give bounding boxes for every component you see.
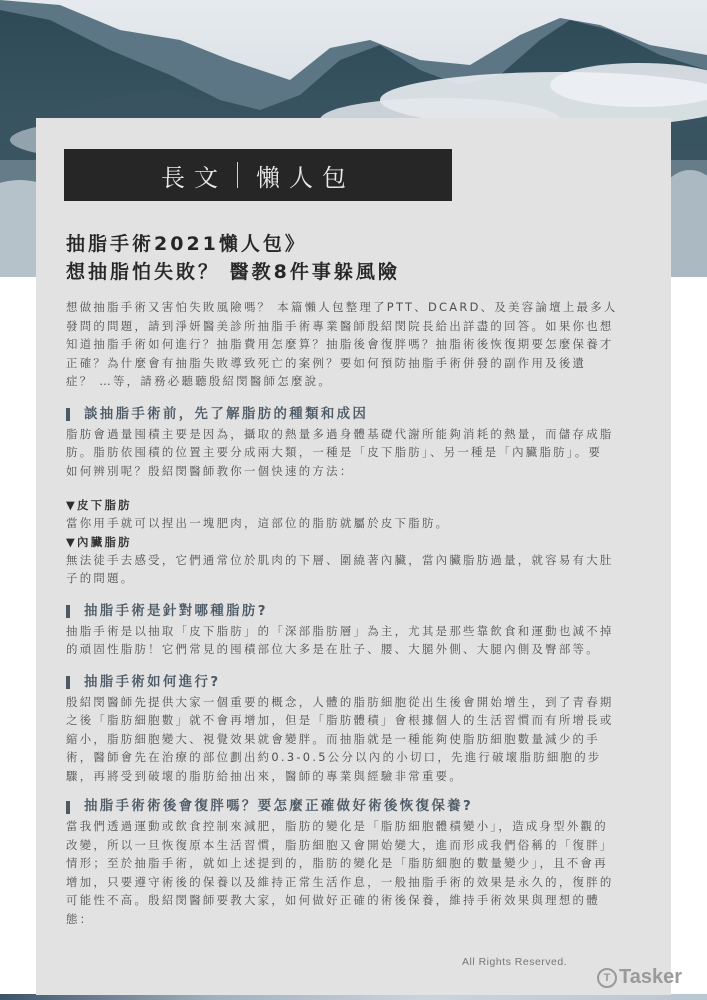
text-line: 術，醫師會先在治療的部位劃出約0.3-0.5公分以內的小切口，先進行破壞脂肪細胞… xyxy=(66,748,666,767)
text-line: 增加，只要遵守術後的保養以及維持正常生活作息，一般抽脂手術的效果是永久的，復胖的 xyxy=(66,873,666,892)
text-line: 想做抽脂手術又害怕失敗風險嗎？ 本篇懶人包整理了PTT、DCARD、及美容論壇上… xyxy=(66,298,666,317)
section-body: 當我們透過運動或飲食控制來減肥，脂肪的變化是「脂肪細胞體積變小」，造成身型外觀的… xyxy=(66,817,666,928)
heading-text: 抽脂手術術後會復胖嗎？要怎麼正確做好術後恢復保養? xyxy=(84,797,473,817)
article-title: 抽脂手術2021懶人包》 想抽脂怕失敗？ 醫教8件事躲風險 xyxy=(66,230,656,286)
copyright-notice: All Rights Reserved. xyxy=(462,956,567,968)
intro-paragraph: 想做抽脂手術又害怕失敗風險嗎？ 本篇懶人包整理了PTT、DCARD、及美容論壇上… xyxy=(66,298,666,391)
heading-bar-icon xyxy=(66,605,70,618)
badge-separator xyxy=(237,162,238,188)
text-line: 知道抽脂手術如何進行？抽脂費用怎麼算？抽脂後會復胖嗎？抽脂術後恢復期要怎麼保養才 xyxy=(66,335,666,354)
section-body: 脂肪會過量囤積主要是因為，攝取的熱量多過身體基礎代謝所能夠消耗的熱量，而儲存成脂… xyxy=(66,425,666,481)
text-line: 發問的問題，請到淨妍醫美診所抽脂手術專業醫師殷紹閔院長給出詳盡的回答。如果你也想 xyxy=(66,317,666,336)
text-line: 如何辨別呢？殷紹閔醫師教你一個快速的方法： xyxy=(66,462,666,481)
text-line: 情形；至於抽脂手術，就如上述提到的，脂肪的變化是「脂肪細胞的數量變少」，且不會再 xyxy=(66,854,666,873)
text-line: 無法徒手去感受，它們通常位於肌肉的下層、圍繞著內臟，當內臟脂肪過量，就容易有大肚 xyxy=(66,551,666,570)
watermark-brand: Tasker xyxy=(619,966,682,989)
text-line: 的頑固性脂肪！它們常見的囤積部位大多是在肚子、腰、大腿外側、大腿內側及臀部等。 xyxy=(66,640,666,659)
text-line: 驟，再將受到破壞的脂肪給抽出來，醫師的專業與經驗非常重要。 xyxy=(66,767,666,786)
text-line: 症？ …等，請務必聽聽殷紹閔醫師怎麼說。 xyxy=(66,372,666,391)
text-line: 殷紹閔醫師先提供大家一個重要的概念，人體的脂肪細胞從出生後會開始增生，到了青春期 xyxy=(66,693,666,712)
subsection-body: 無法徒手去感受，它們通常位於肌肉的下層、圍繞著內臟，當內臟脂肪過量，就容易有大肚… xyxy=(66,551,666,588)
text-line: 肪。脂肪依囤積的位置主要分成兩大類，一種是「皮下脂肪」、另一種是「內臟脂肪」。要 xyxy=(66,443,666,462)
text-line: 子的問題。 xyxy=(66,569,666,588)
text-line: 脂肪會過量囤積主要是因為，攝取的熱量多過身體基礎代謝所能夠消耗的熱量，而儲存成脂 xyxy=(66,425,666,444)
heading-bar-icon xyxy=(66,408,70,421)
text-line: 抽脂手術是以抽取「皮下脂肪」的「深部脂肪層」為主，尤其是那些靠飲食和運動也減不掉 xyxy=(66,622,666,641)
article-content: 想做抽脂手術又害怕失敗風險嗎？ 本篇懶人包整理了PTT、DCARD、及美容論壇上… xyxy=(66,298,666,928)
heading-bar-icon xyxy=(66,676,70,689)
section-body: 抽脂手術是以抽取「皮下脂肪」的「深部脂肪層」為主，尤其是那些靠飲食和運動也減不掉… xyxy=(66,622,666,659)
heading-text: 談抽脂手術前，先了解脂肪的種類和成因 xyxy=(84,405,368,425)
text-line: 縮小，脂肪細胞變大、視覺效果就會變胖。而抽脂就是一種能夠使脂肪細胞數量減少的手 xyxy=(66,730,666,749)
text-line: 可能性不高。殷紹閔醫師要教大家，如何做好正確的術後保養，維持手術效果與理想的體 xyxy=(66,891,666,910)
subheading-visceral-fat: ▼內臟脂肪 xyxy=(66,533,666,551)
badge-part1: 長文 xyxy=(161,158,227,193)
text-line: 當我們透過運動或飲食控制來減肥，脂肪的變化是「脂肪細胞體積變小」，造成身型外觀的 xyxy=(66,817,666,836)
section-heading-rebound-care: 抽脂手術術後會復胖嗎？要怎麼正確做好術後恢復保養? xyxy=(66,797,666,817)
text-line: 正確？為什麼會有抽脂失敗導致死亡的案例？要如何預防抽脂手術併發的副作用及後遺 xyxy=(66,354,666,373)
subsection-body: 當你用手就可以捏出一塊肥肉，這部位的脂肪就屬於皮下脂肪。 xyxy=(66,514,666,533)
category-badge: 長文 懶人包 xyxy=(64,149,452,201)
article-card: 長文 懶人包 抽脂手術2021懶人包》 想抽脂怕失敗？ 醫教8件事躲風險 想做抽… xyxy=(36,118,671,995)
title-line-1: 抽脂手術2021懶人包》 xyxy=(66,230,656,258)
heading-text: 抽脂手術如何進行? xyxy=(84,673,221,693)
section-heading-procedure: 抽脂手術如何進行? xyxy=(66,673,666,693)
section-body: 殷紹閔醫師先提供大家一個重要的概念，人體的脂肪細胞從出生後會開始增生，到了青春期… xyxy=(66,693,666,786)
text-line: 當你用手就可以捏出一塊肥肉，這部位的脂肪就屬於皮下脂肪。 xyxy=(66,514,666,533)
heading-text: 抽脂手術是針對哪種脂肪? xyxy=(84,602,268,622)
section-heading-target-fat: 抽脂手術是針對哪種脂肪? xyxy=(66,602,666,622)
text-line: 態： xyxy=(66,910,666,929)
tasker-logo-icon: T xyxy=(597,968,617,988)
section-heading-fat-types: 談抽脂手術前，先了解脂肪的種類和成因 xyxy=(66,405,666,425)
tasker-watermark: T Tasker xyxy=(597,966,682,989)
badge-part2: 懶人包 xyxy=(256,158,355,193)
title-line-2: 想抽脂怕失敗？ 醫教8件事躲風險 xyxy=(66,258,656,286)
subheading-subcutaneous-fat: ▼皮下脂肪 xyxy=(66,496,666,514)
text-line: 改變，所以一旦恢復原本生活習慣，脂肪細胞又會開始變大，進而形成我們俗稱的「復胖」 xyxy=(66,836,666,855)
heading-bar-icon xyxy=(66,801,70,814)
text-line: 之後「脂肪細胞數」就不會再增加，但是「脂肪體積」會根據個人的生活習慣而有所增長或 xyxy=(66,711,666,730)
